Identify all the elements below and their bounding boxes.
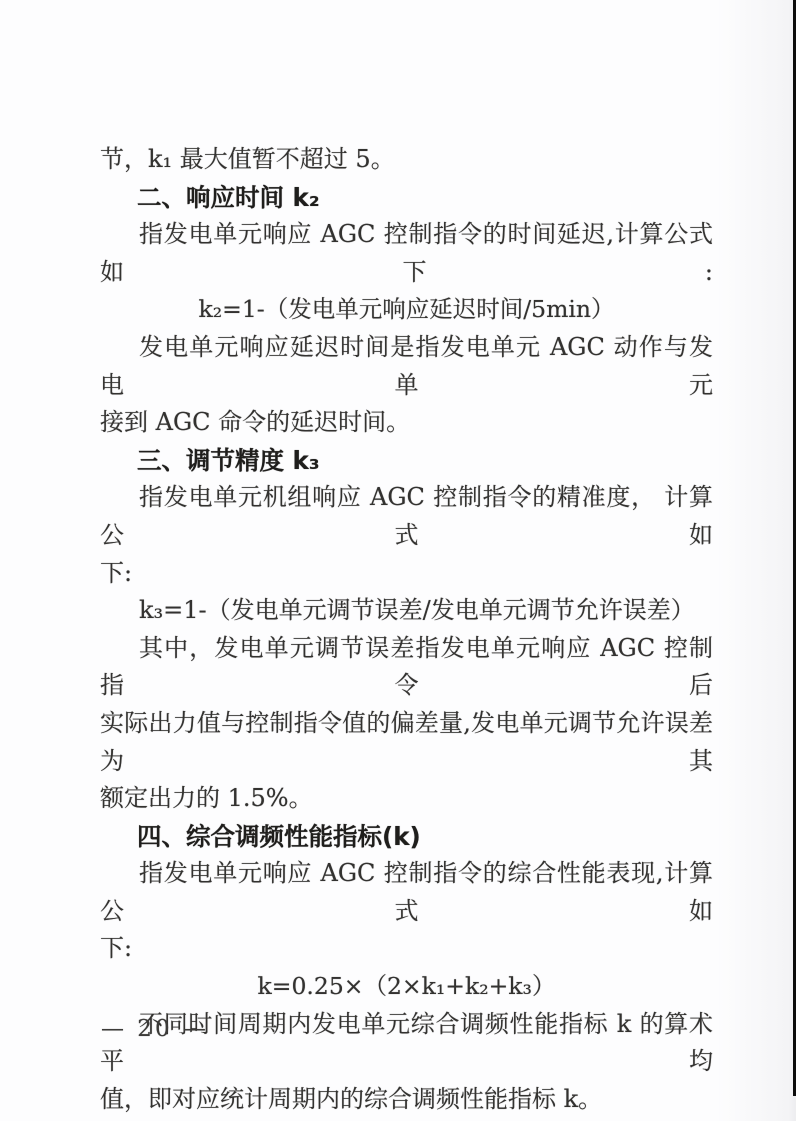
heading-3-regulation-precision-k3: 三、调节精度 k₃	[100, 442, 713, 480]
line-k-definition-1: 指发电单元响应 AGC 控制指令的综合性能表现,计算公式如	[100, 855, 713, 930]
line-k3-explain-3: 额定出力的 1.5%。	[100, 780, 713, 818]
line-k3-explain-2: 实际出力值与控制指令值的偏差量,发电单元调节允许误差为其	[100, 705, 713, 780]
heading-4-comprehensive-index-k: 四、综合调频性能指标(k)	[100, 818, 713, 856]
line-k3-definition-2: 下:	[100, 555, 713, 593]
document-text-block: 节，k₁ 最大值暂不超过 5。二、响应时间 k₂指发电单元响应 AGC 控制指令…	[100, 141, 713, 1118]
line-delay-explain-2: 接到 AGC 命令的延迟时间。	[100, 404, 713, 442]
page-number: — 20 —	[101, 1013, 209, 1045]
line-k-definition-2: 下:	[100, 930, 713, 968]
formula-k3: k₃=1-（发电单元调节误差/发电单元调节允许误差）	[100, 592, 713, 630]
line-delay-explain-1: 发电单元响应延迟时间是指发电单元 AGC 动作与发电单元	[100, 329, 713, 404]
formula-k: k=0.25×（2×k₁+k₂+k₃）	[100, 968, 713, 1006]
line-k3-explain-1: 其中，发电单元调节误差指发电单元响应 AGC 控制指令后	[100, 630, 713, 705]
document-page: 节，k₁ 最大值暂不超过 5。二、响应时间 k₂指发电单元响应 AGC 控制指令…	[0, 0, 796, 1121]
heading-2-response-time-k2: 二、响应时间 k₂	[100, 179, 713, 217]
formula-k2: k₂=1-（发电单元响应延迟时间/5min）	[100, 291, 713, 329]
line-k2-definition: 指发电单元响应 AGC 控制指令的时间延迟,计算公式如下:	[100, 216, 713, 291]
line-k1-max-note: 节，k₁ 最大值暂不超过 5。	[100, 141, 713, 179]
line-k3-definition-1: 指发电单元机组响应 AGC 控制指令的精准度， 计算公式如	[100, 479, 713, 554]
line-k-average-2: 值，即对应统计周期内的综合调频性能指标 k。	[100, 1081, 713, 1119]
